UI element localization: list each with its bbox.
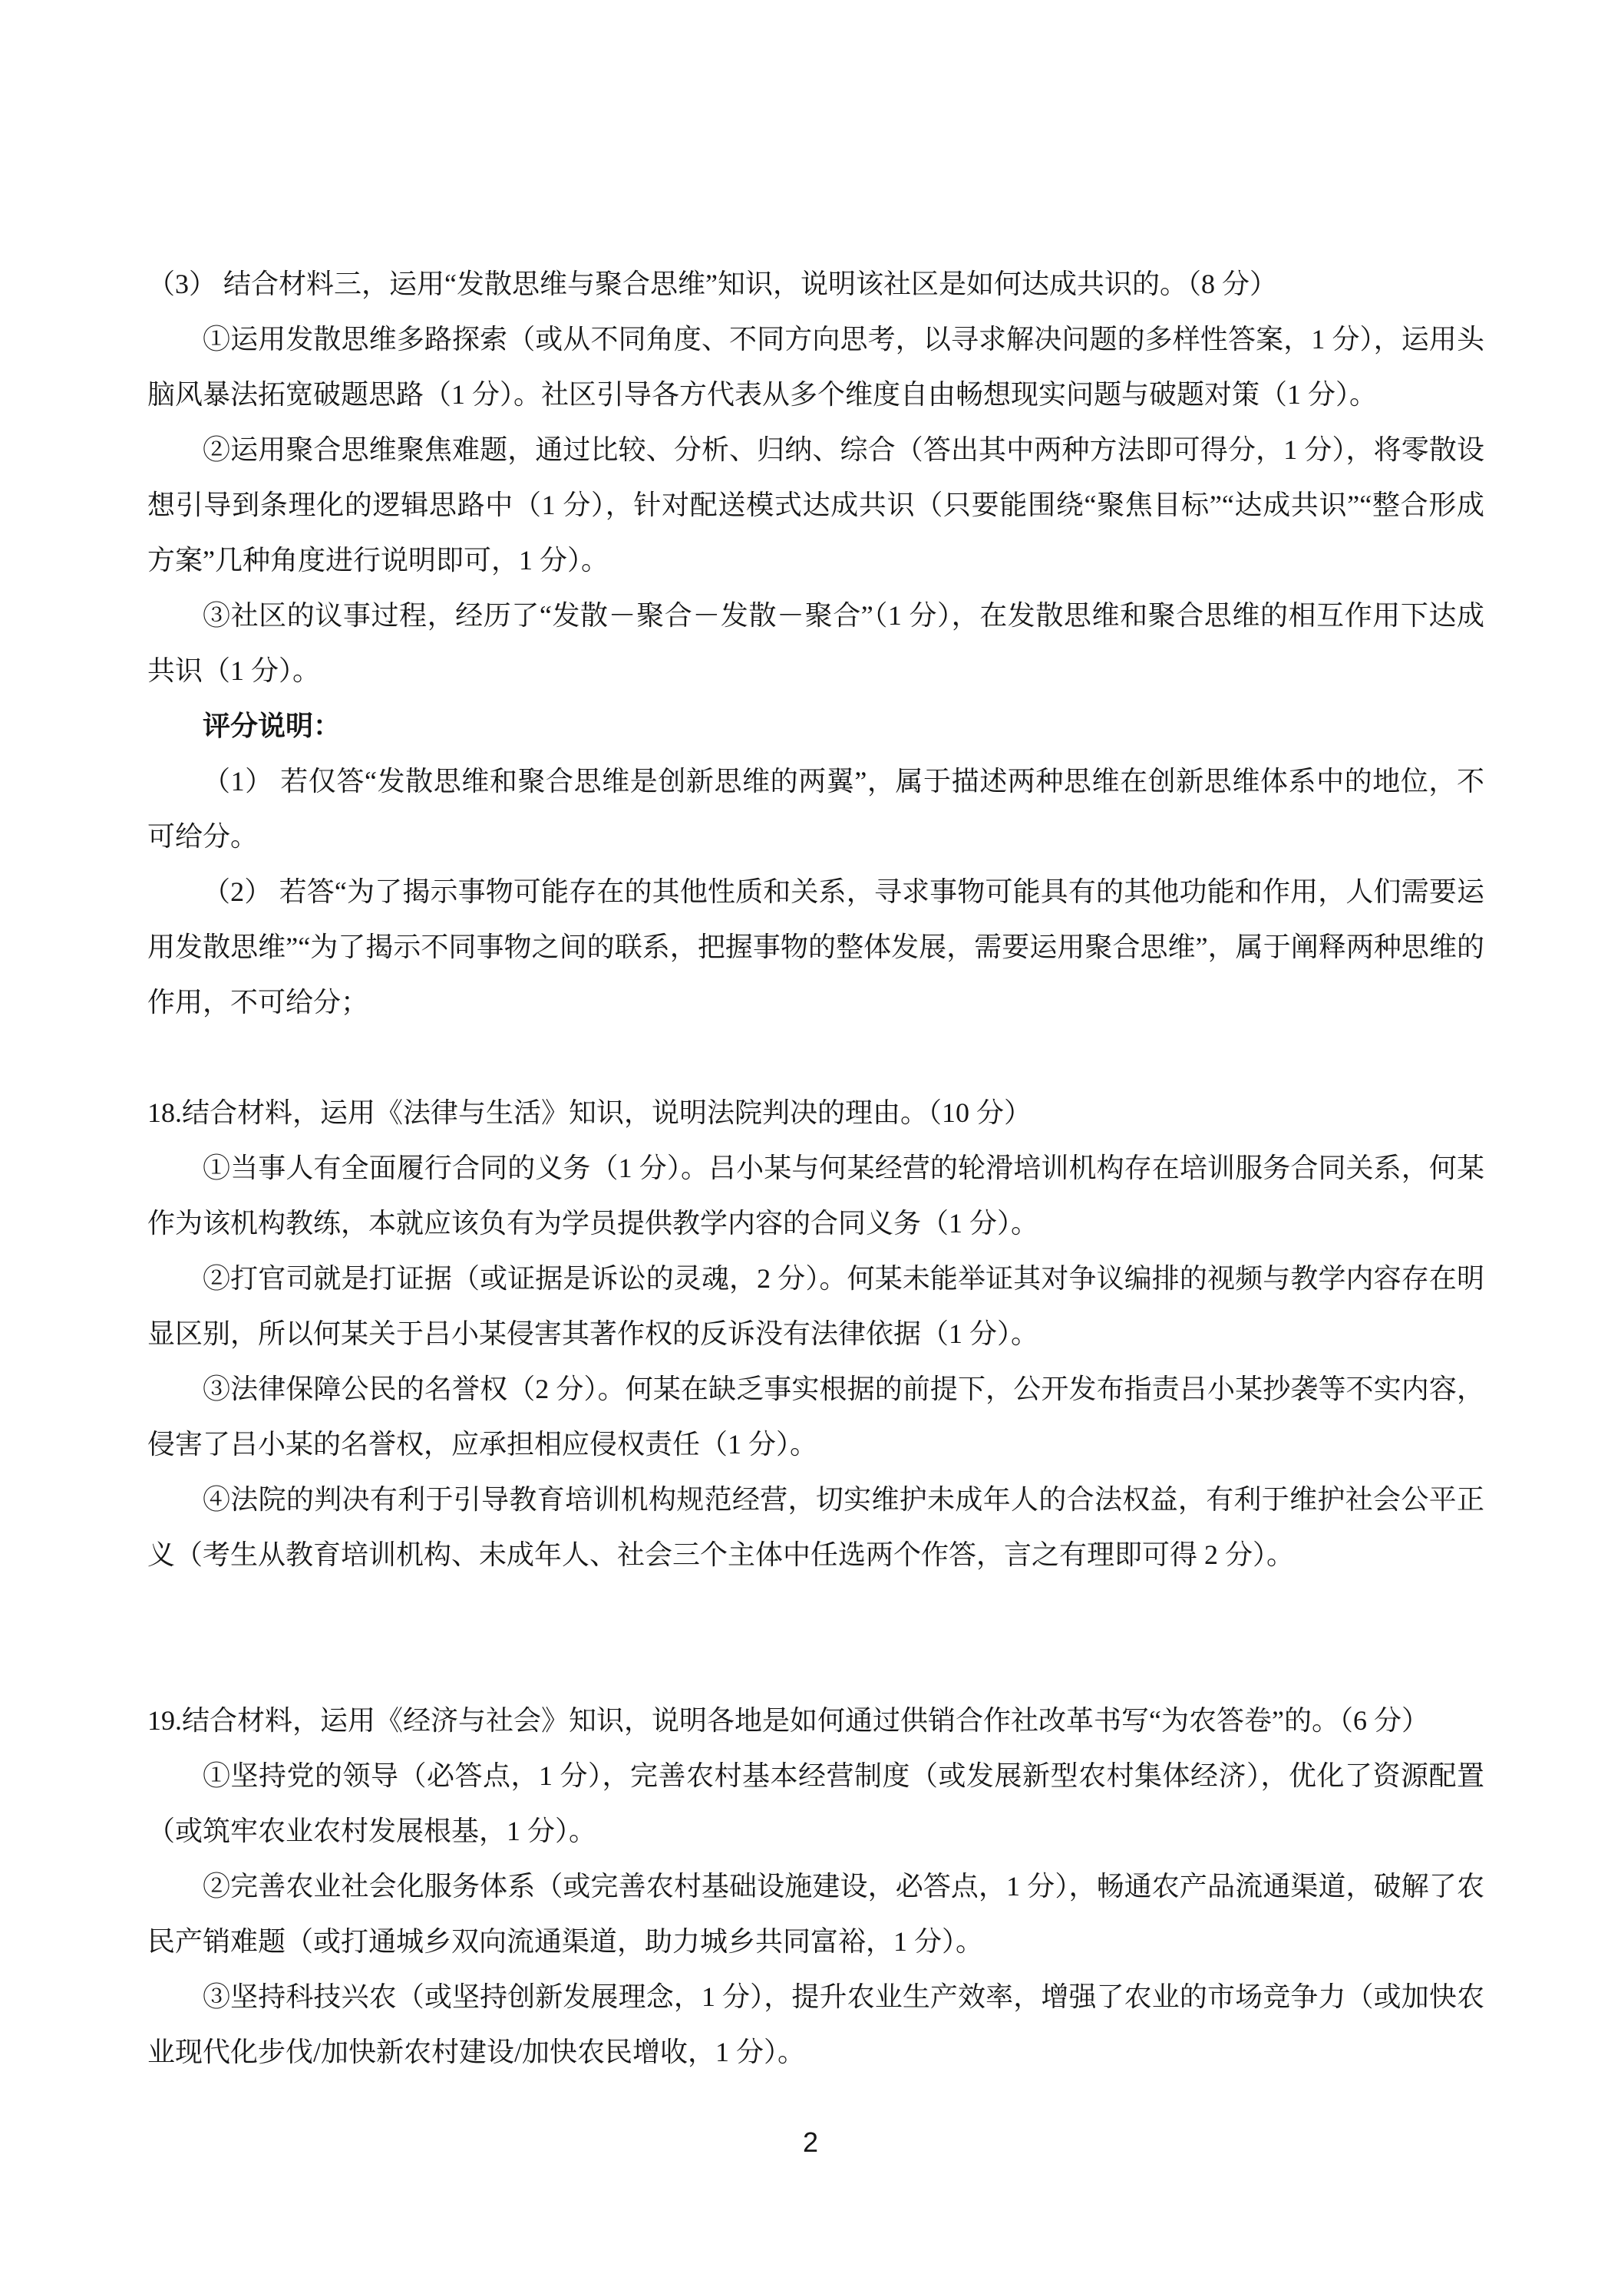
question-18: 18.结合材料，运用《法律与生活》知识，说明法院判决的理由。（10 分） <box>147 1085 1484 1140</box>
q18-answer-point-4: ④法院的判决有利于引导教育培训机构规范经营，切实维护未成年人的合法权益，有利于维… <box>147 1472 1484 1582</box>
scoring-note-1: （1） 若仅答“发散思维和聚合思维是创新思维的两翼”，属于描述两种思维在创新思维… <box>147 754 1484 864</box>
q17-answer-point-1: ①运用发散思维多路探索（或从不同角度、不同方向思考，以寻求解决问题的多样性答案，… <box>147 312 1484 422</box>
question-19: 19.结合材料，运用《经济与社会》知识，说明各地是如何通过供销合作社改革书写“为… <box>147 1693 1484 1748</box>
scoring-note-2: （2） 若答“为了揭示事物可能存在的其他性质和关系，寻求事物可能具有的其他功能和… <box>147 864 1484 1030</box>
q17-answer-point-3: ③社区的议事过程，经历了“发散－聚合－发散－聚合”（1 分），在发散思维和聚合思… <box>147 588 1484 698</box>
scoring-notes-title: 评分说明： <box>147 698 1484 754</box>
page-number: 2 <box>0 2115 1621 2170</box>
q17-answer-point-2: ②运用聚合思维聚焦难题，通过比较、分析、归纳、综合（答出其中两种方法即可得分，1… <box>147 422 1484 588</box>
q18-answer-point-2: ②打官司就是打证据（或证据是诉讼的灵魂，2 分）。何某未能举证其对争议编排的视频… <box>147 1251 1484 1361</box>
q19-answer-point-3: ③坚持科技兴农（或坚持创新发展理念，1 分），提升农业生产效率，增强了农业的市场… <box>147 1969 1484 2080</box>
q18-answer-point-1: ①当事人有全面履行合同的义务（1 分）。吕小某与何某经营的轮滑培训机构存在培训服… <box>147 1140 1484 1251</box>
question-17-part3: （3） 结合材料三，运用“发散思维与聚合思维”知识，说明该社区是如何达成共识的。… <box>147 256 1484 312</box>
q18-answer-point-3: ③法律保障公民的名誉权（2 分）。何某在缺乏事实根据的前提下，公开发布指责吕小某… <box>147 1361 1484 1472</box>
q19-answer-point-1: ①坚持党的领导（必答点，1 分），完善农村基本经营制度（或发展新型农村集体经济）… <box>147 1748 1484 1859</box>
q19-answer-point-2: ②完善农业社会化服务体系（或完善农村基础设施建设，必答点，1 分），畅通农产品流… <box>147 1859 1484 1969</box>
answer-key-content: （3） 结合材料三，运用“发散思维与聚合思维”知识，说明该社区是如何达成共识的。… <box>147 256 1484 2080</box>
